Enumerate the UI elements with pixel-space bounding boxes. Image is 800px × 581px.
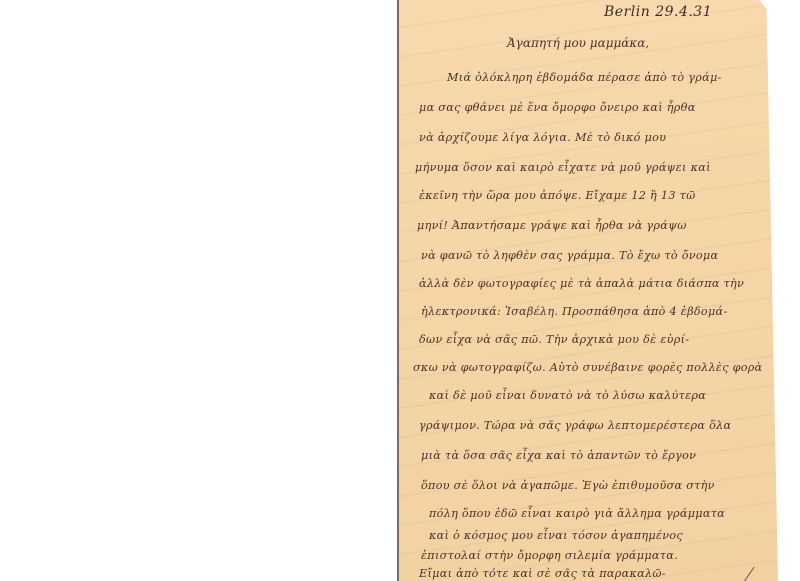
scanned-letter-scene: Berlin 29.4.31 Ἀγαπητή μου μαμμάκα, Μιά … [0, 0, 800, 581]
body-line: δων εἶχα νὰ σᾶς πῶ. Τὴν ἀρχικὰ μου δὲ εὑ… [419, 334, 689, 345]
body-line: καὶ δὲ μοῦ εἶναι δυνατὸ νὰ τὸ λύσω καλύτ… [429, 390, 706, 401]
body-line: ἐπιστολαί στὴν ὄμορφη σιλεμία γράμματα. [421, 550, 678, 561]
letter-date: Berlin 29.4.31 [604, 4, 712, 20]
body-line: μήνυμα ὅσον καὶ καιρὸ εἶχατε νὰ μοῦ γράψ… [415, 162, 711, 173]
body-line: μηνί! Ἀπαντήσαμε γράψε καὶ ἦρθα νὰ γράψω [417, 220, 687, 231]
body-line: ἐκεῖνη τὴν ὥρα μου ἀπόψε. Εἴχαμε 12 ἢ 13… [419, 190, 696, 201]
body-line: Μιά ὁλόκληρη ἑβδομάδα πέρασε ἀπὸ τὸ γράμ… [447, 72, 722, 83]
body-line: Εἴμαι ἀπὸ τότε καὶ σὲ σᾶς τὰ παρακαλῶ- [419, 568, 666, 579]
body-line: πόλη ὅπου ἐδῶ εἶναι καιρὸ γιὰ ἄλλημα γρά… [429, 508, 725, 519]
paper-crease-mark [743, 567, 754, 581]
body-line: ἠλεκτρονικά: Ἰσαβέλη. Προσπάθησα ἀπὸ 4 ἑ… [421, 306, 727, 317]
letter-paper: Berlin 29.4.31 Ἀγαπητή μου μαμμάκα, Μιά … [397, 0, 778, 581]
body-line: σκω νὰ φωτογραφίζω. Αὐτὸ συνέβαινε φορὲς… [413, 362, 763, 373]
body-line: μα σας φθάνει μὲ ἕνα ὄμορφο ὄνειρο καὶ ἦ… [419, 102, 696, 113]
body-line: καὶ ὁ κόσμος μου εἶναι τόσον ἀγαπημένος [429, 530, 683, 541]
body-line: γράψιμον. Τώρα νὰ σᾶς γράφω λεπτομερέστε… [419, 420, 731, 431]
body-line: νὰ φανῶ τὸ ληφθὲν σας γράμμα. Τὸ ἔχω τὸ … [421, 250, 718, 261]
letter-greeting: Ἀγαπητή μου μαμμάκα, [507, 36, 649, 50]
body-line: νὰ ἀρχίζουμε λίγα λόγια. Μὲ τὸ δικό μου [419, 132, 666, 143]
body-line: ἀλλὰ δὲν φωτογραφίες μὲ τὰ ἀπαλὰ μάτια δ… [419, 278, 744, 289]
body-line: ὅπου σὲ ὅλοι νὰ ἀγαπῶμε. Ἐγὼ ἐπιθυμοῦσα … [421, 480, 715, 491]
body-line: μιὰ τὰ ὅσα σᾶς εἶχα καὶ τὸ ἀπαντῶν τὸ ἔρ… [421, 450, 696, 461]
